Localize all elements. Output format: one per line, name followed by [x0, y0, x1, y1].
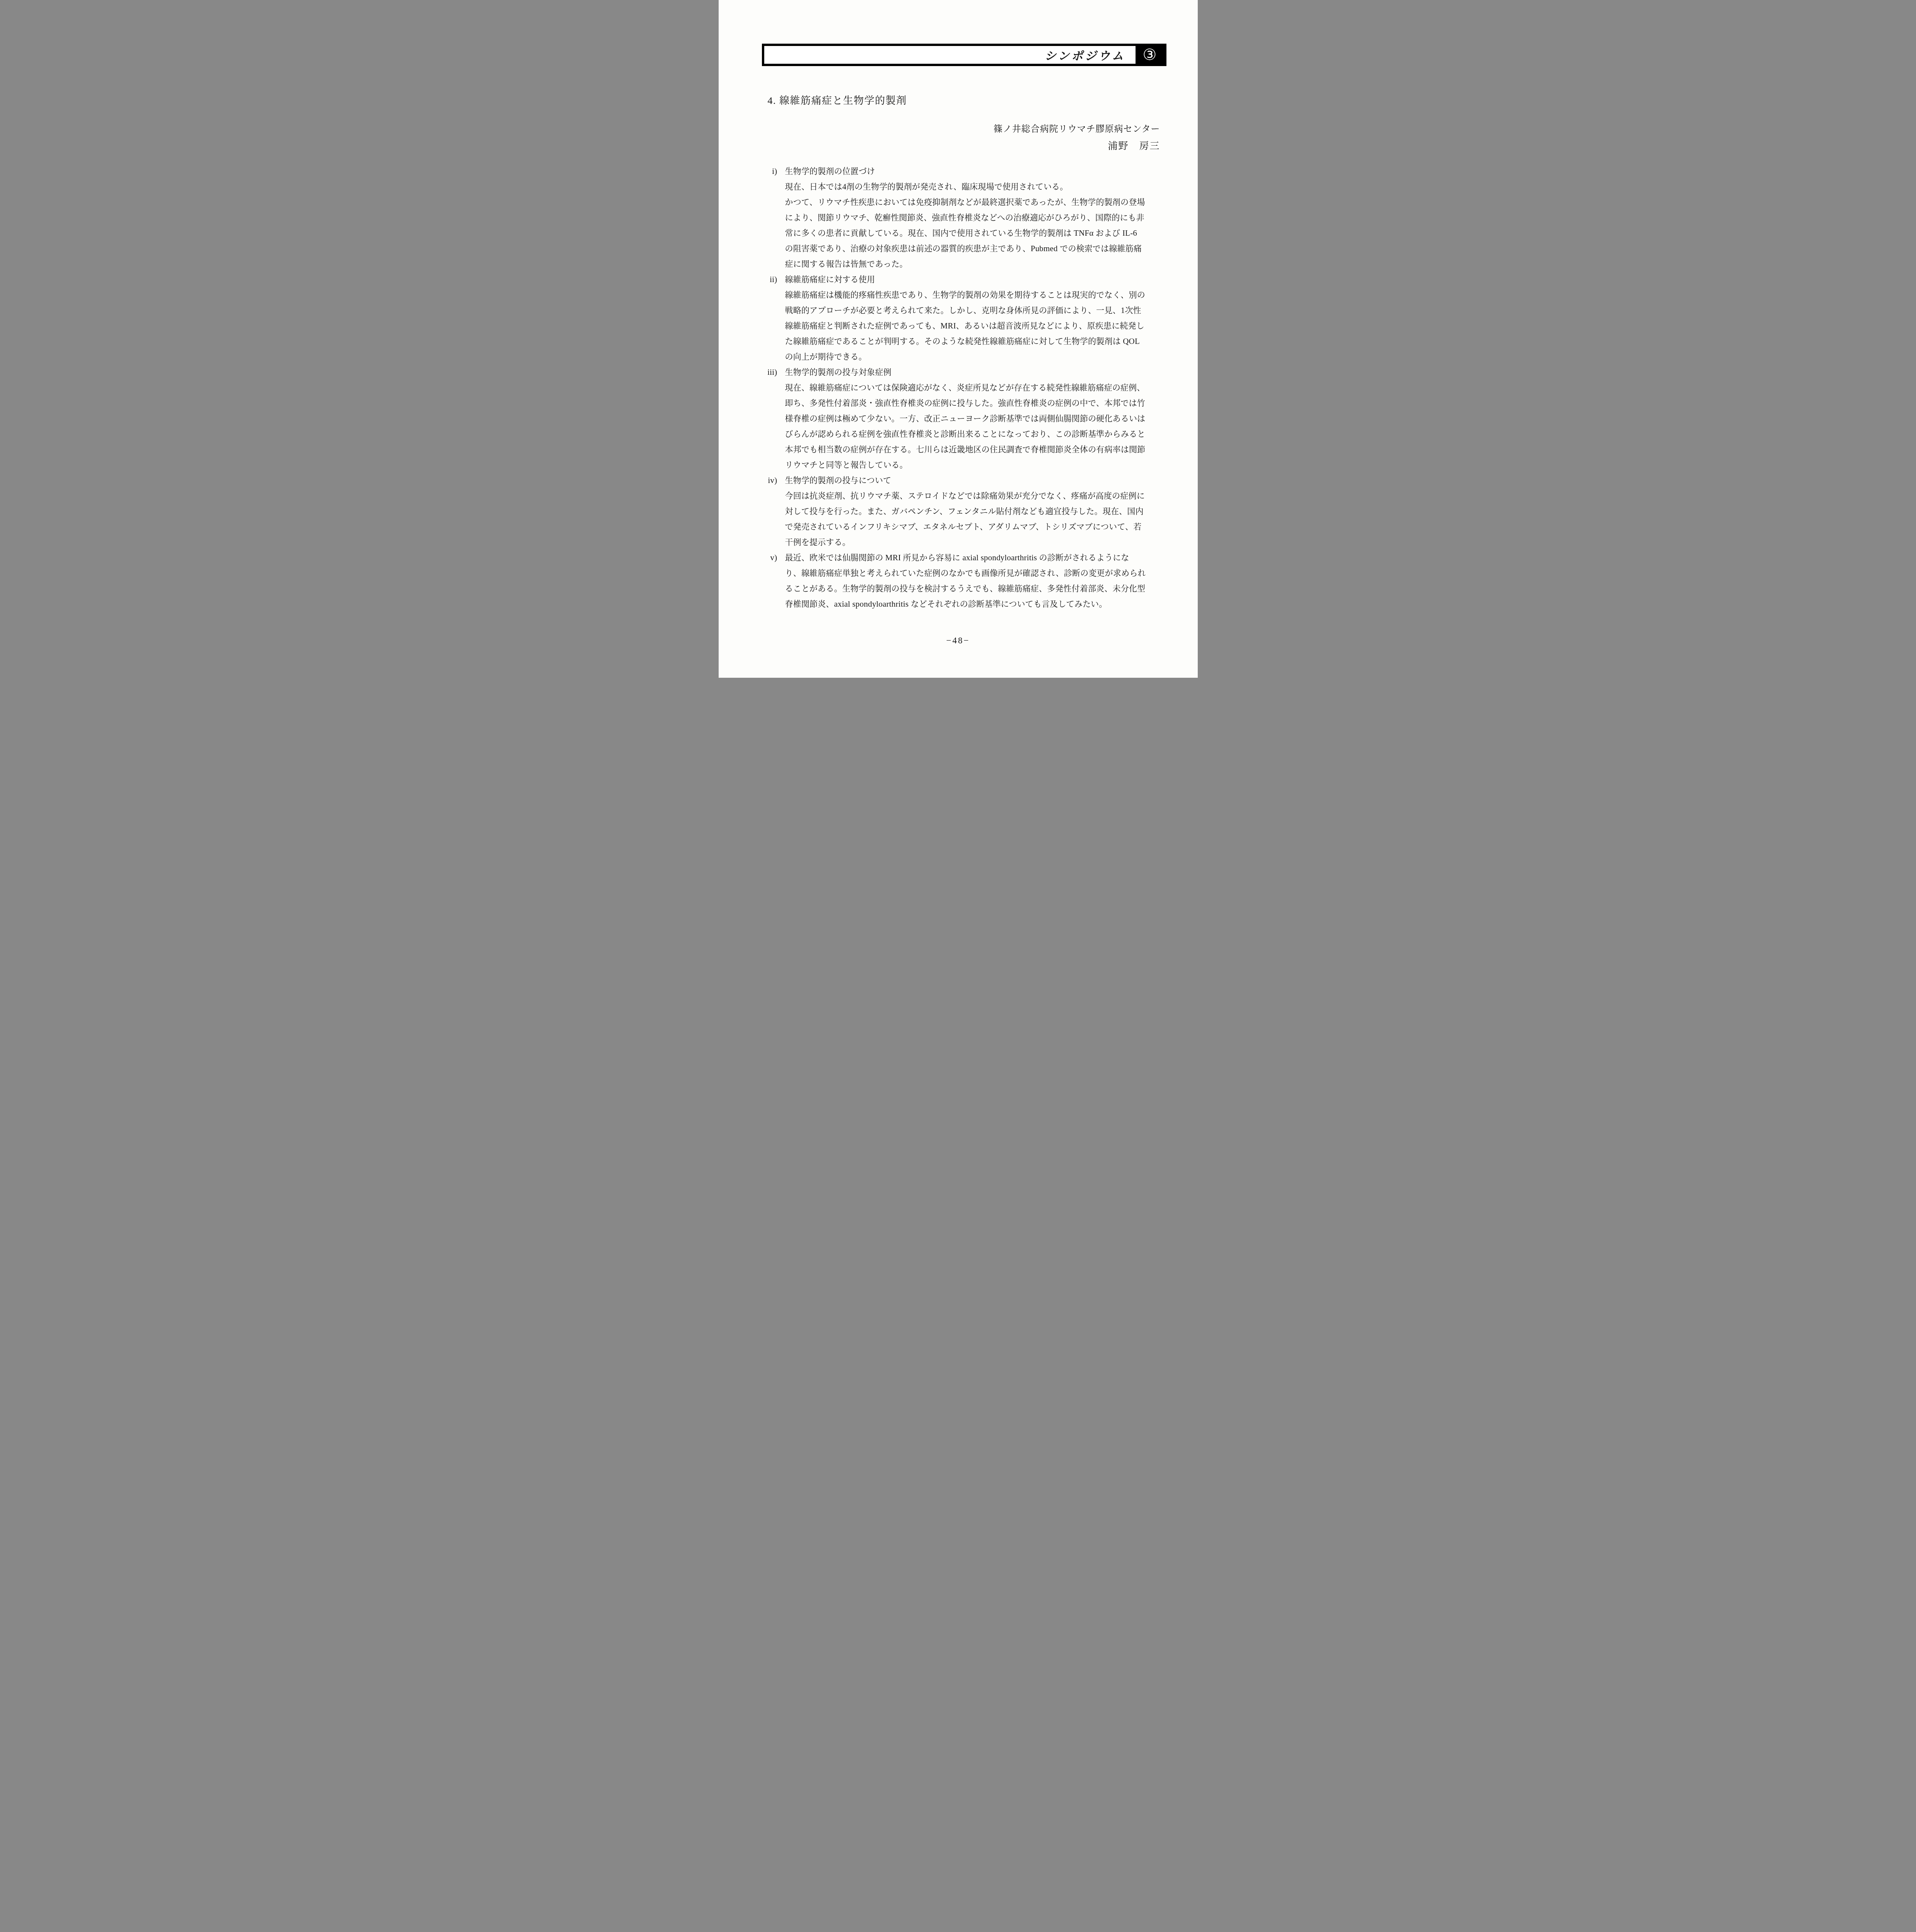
section-label: i)	[772, 163, 785, 179]
page-number: −48−	[946, 636, 970, 645]
body-line: 今回は抗炎症剤、抗リウマチ薬、ステロイドなどでは除痛効果が充分でなく、疼痛が高度…	[785, 488, 1163, 503]
body-line: の向上が期待できる。	[785, 349, 1163, 364]
section-ii: ii)線維筋痛症に対する使用 線維筋痛症は機能的疼痛性疾患であり、生物学的製剤の…	[785, 272, 1163, 364]
section-heading-line: iii)生物学的製剤の投与対象症例	[785, 364, 1163, 380]
section-heading: 生物学的製剤の投与について	[785, 476, 891, 485]
section-iv: iv)生物学的製剤の投与について 今回は抗炎症剤、抗リウマチ薬、ステロイドなどで…	[785, 473, 1163, 550]
body-line: で発売されているインフリキシマブ、エタネルセプト、アダリムマブ、トシリズマブにつ…	[785, 519, 1163, 534]
section-i: i)生物学的製剤の位置づけ 現在、日本では4剤の生物学的製剤が発売され、臨床現場…	[785, 163, 1163, 272]
author-name: 浦野 房三	[993, 138, 1160, 152]
symposium-title: シンポジウム	[1045, 46, 1125, 63]
section-heading: 生物学的製剤の投与対象症例	[785, 367, 892, 377]
body-line: かつて、リウマチ性疾患においては免疫抑制剤などが最終選択薬であったが、生物学的製…	[785, 194, 1163, 210]
body-line: により、関節リウマチ、乾癬性関節炎、強直性脊椎炎などへの治療適応がひろがり、国際…	[785, 210, 1163, 225]
section-heading-line: ii)線維筋痛症に対する使用	[785, 272, 1163, 287]
body-line: 現在、線維筋痛症については保険適応がなく、炎症所見などが存在する続発性線維筋痛症…	[785, 380, 1163, 395]
body-line: 線維筋痛症は機能的疼痛性疾患であり、生物学的製剤の効果を期待することは現実的でな…	[785, 287, 1163, 303]
body-line: 即ち、多発性付着部炎・強直性脊椎炎の症例に投与した。強直性脊椎炎の症例の中で、本…	[785, 395, 1163, 411]
section-heading-line: iv)生物学的製剤の投与について	[785, 473, 1163, 488]
body-line: ることがある。生物学的製剤の投与を検討するうえでも、線維筋痛症、多発性付着部炎、…	[785, 581, 1163, 596]
body-line: 症に関する報告は皆無であった。	[785, 256, 1163, 272]
affiliation: 篠ノ井総合病院リウマチ膠原病センター	[993, 122, 1160, 134]
abstract-body: i)生物学的製剤の位置づけ 現在、日本では4剤の生物学的製剤が発売され、臨床現場…	[785, 163, 1163, 612]
symposium-header: シンポジウム ③	[762, 44, 1166, 66]
body-line: 戦略的アプローチが必要と考えられて来た。しかし、克明な身体所見の評価により、一見…	[785, 303, 1163, 318]
section-first-line: 最近、欧米では仙腸関節の MRI 所見から容易に axial spondyloa…	[785, 553, 1129, 562]
section-label: iii)	[767, 364, 785, 380]
body-line: びらんが認められる症例を強直性脊椎炎と診断出来ることになっており、この診断基準か…	[785, 426, 1163, 442]
section-heading-line: v)最近、欧米では仙腸関節の MRI 所見から容易に axial spondyl…	[785, 550, 1163, 565]
body-line: 対して投与を行った。また、ガバペンチン、フェンタニル貼付剤なども適宜投与した。現…	[785, 503, 1163, 519]
body-line: 常に多くの患者に貢献している。現在、国内で使用されている生物学的製剤は TNFα…	[785, 225, 1163, 241]
section-label: iv)	[768, 473, 785, 488]
section-label: v)	[770, 550, 785, 565]
page-footer: −48−	[719, 636, 1198, 646]
byline: 篠ノ井総合病院リウマチ膠原病センター 浦野 房三	[993, 122, 1160, 152]
circled-three-badge: ③	[1136, 46, 1164, 64]
body-line: リウマチと同等と報告している。	[785, 457, 1163, 473]
body-line: 現在、日本では4剤の生物学的製剤が発売され、臨床現場で使用されている。	[785, 179, 1163, 194]
body-line: 脊椎関節炎、axial spondyloarthritis などそれぞれの診断基…	[785, 596, 1163, 612]
document-page: シンポジウム ③ 4. 線維筋痛症と生物学的製剤 篠ノ井総合病院リウマチ膠原病セ…	[719, 0, 1198, 678]
body-line: 様脊椎の症例は極めて少ない。一方、改正ニューヨーク診断基準では両側仙腸関節の硬化…	[785, 411, 1163, 426]
body-line: た線維筋痛症であることが判明する。そのような続発性線維筋痛症に対して生物学的製剤…	[785, 333, 1163, 349]
section-v: v)最近、欧米では仙腸関節の MRI 所見から容易に axial spondyl…	[785, 550, 1163, 612]
section-heading: 線維筋痛症に対する使用	[785, 275, 875, 284]
body-line: 線維筋痛症と判断された症例であっても、MRI、あるいは超音波所見などにより、原疾…	[785, 318, 1163, 333]
section-heading-line: i)生物学的製剤の位置づけ	[785, 163, 1163, 179]
section-iii: iii)生物学的製剤の投与対象症例 現在、線維筋痛症については保険適応がなく、炎…	[785, 364, 1163, 473]
body-line: り、線維筋痛症単独と考えられていた症例のなかでも画像所見が確認され、診断の変更が…	[785, 565, 1163, 581]
document-title: 4. 線維筋痛症と生物学的製剤	[768, 93, 907, 107]
section-heading: 生物学的製剤の位置づけ	[785, 167, 875, 176]
body-line: 本邦でも相当数の症例が存在する。七川らは近畿地区の住民調査で脊椎関節炎全体の有病…	[785, 442, 1163, 457]
body-line: 干例を提示する。	[785, 534, 1163, 550]
section-label: ii)	[770, 272, 785, 287]
body-line: の阻害薬であり、治療の対象疾患は前述の器質的疾患が主であり、Pubmed での検…	[785, 241, 1163, 256]
